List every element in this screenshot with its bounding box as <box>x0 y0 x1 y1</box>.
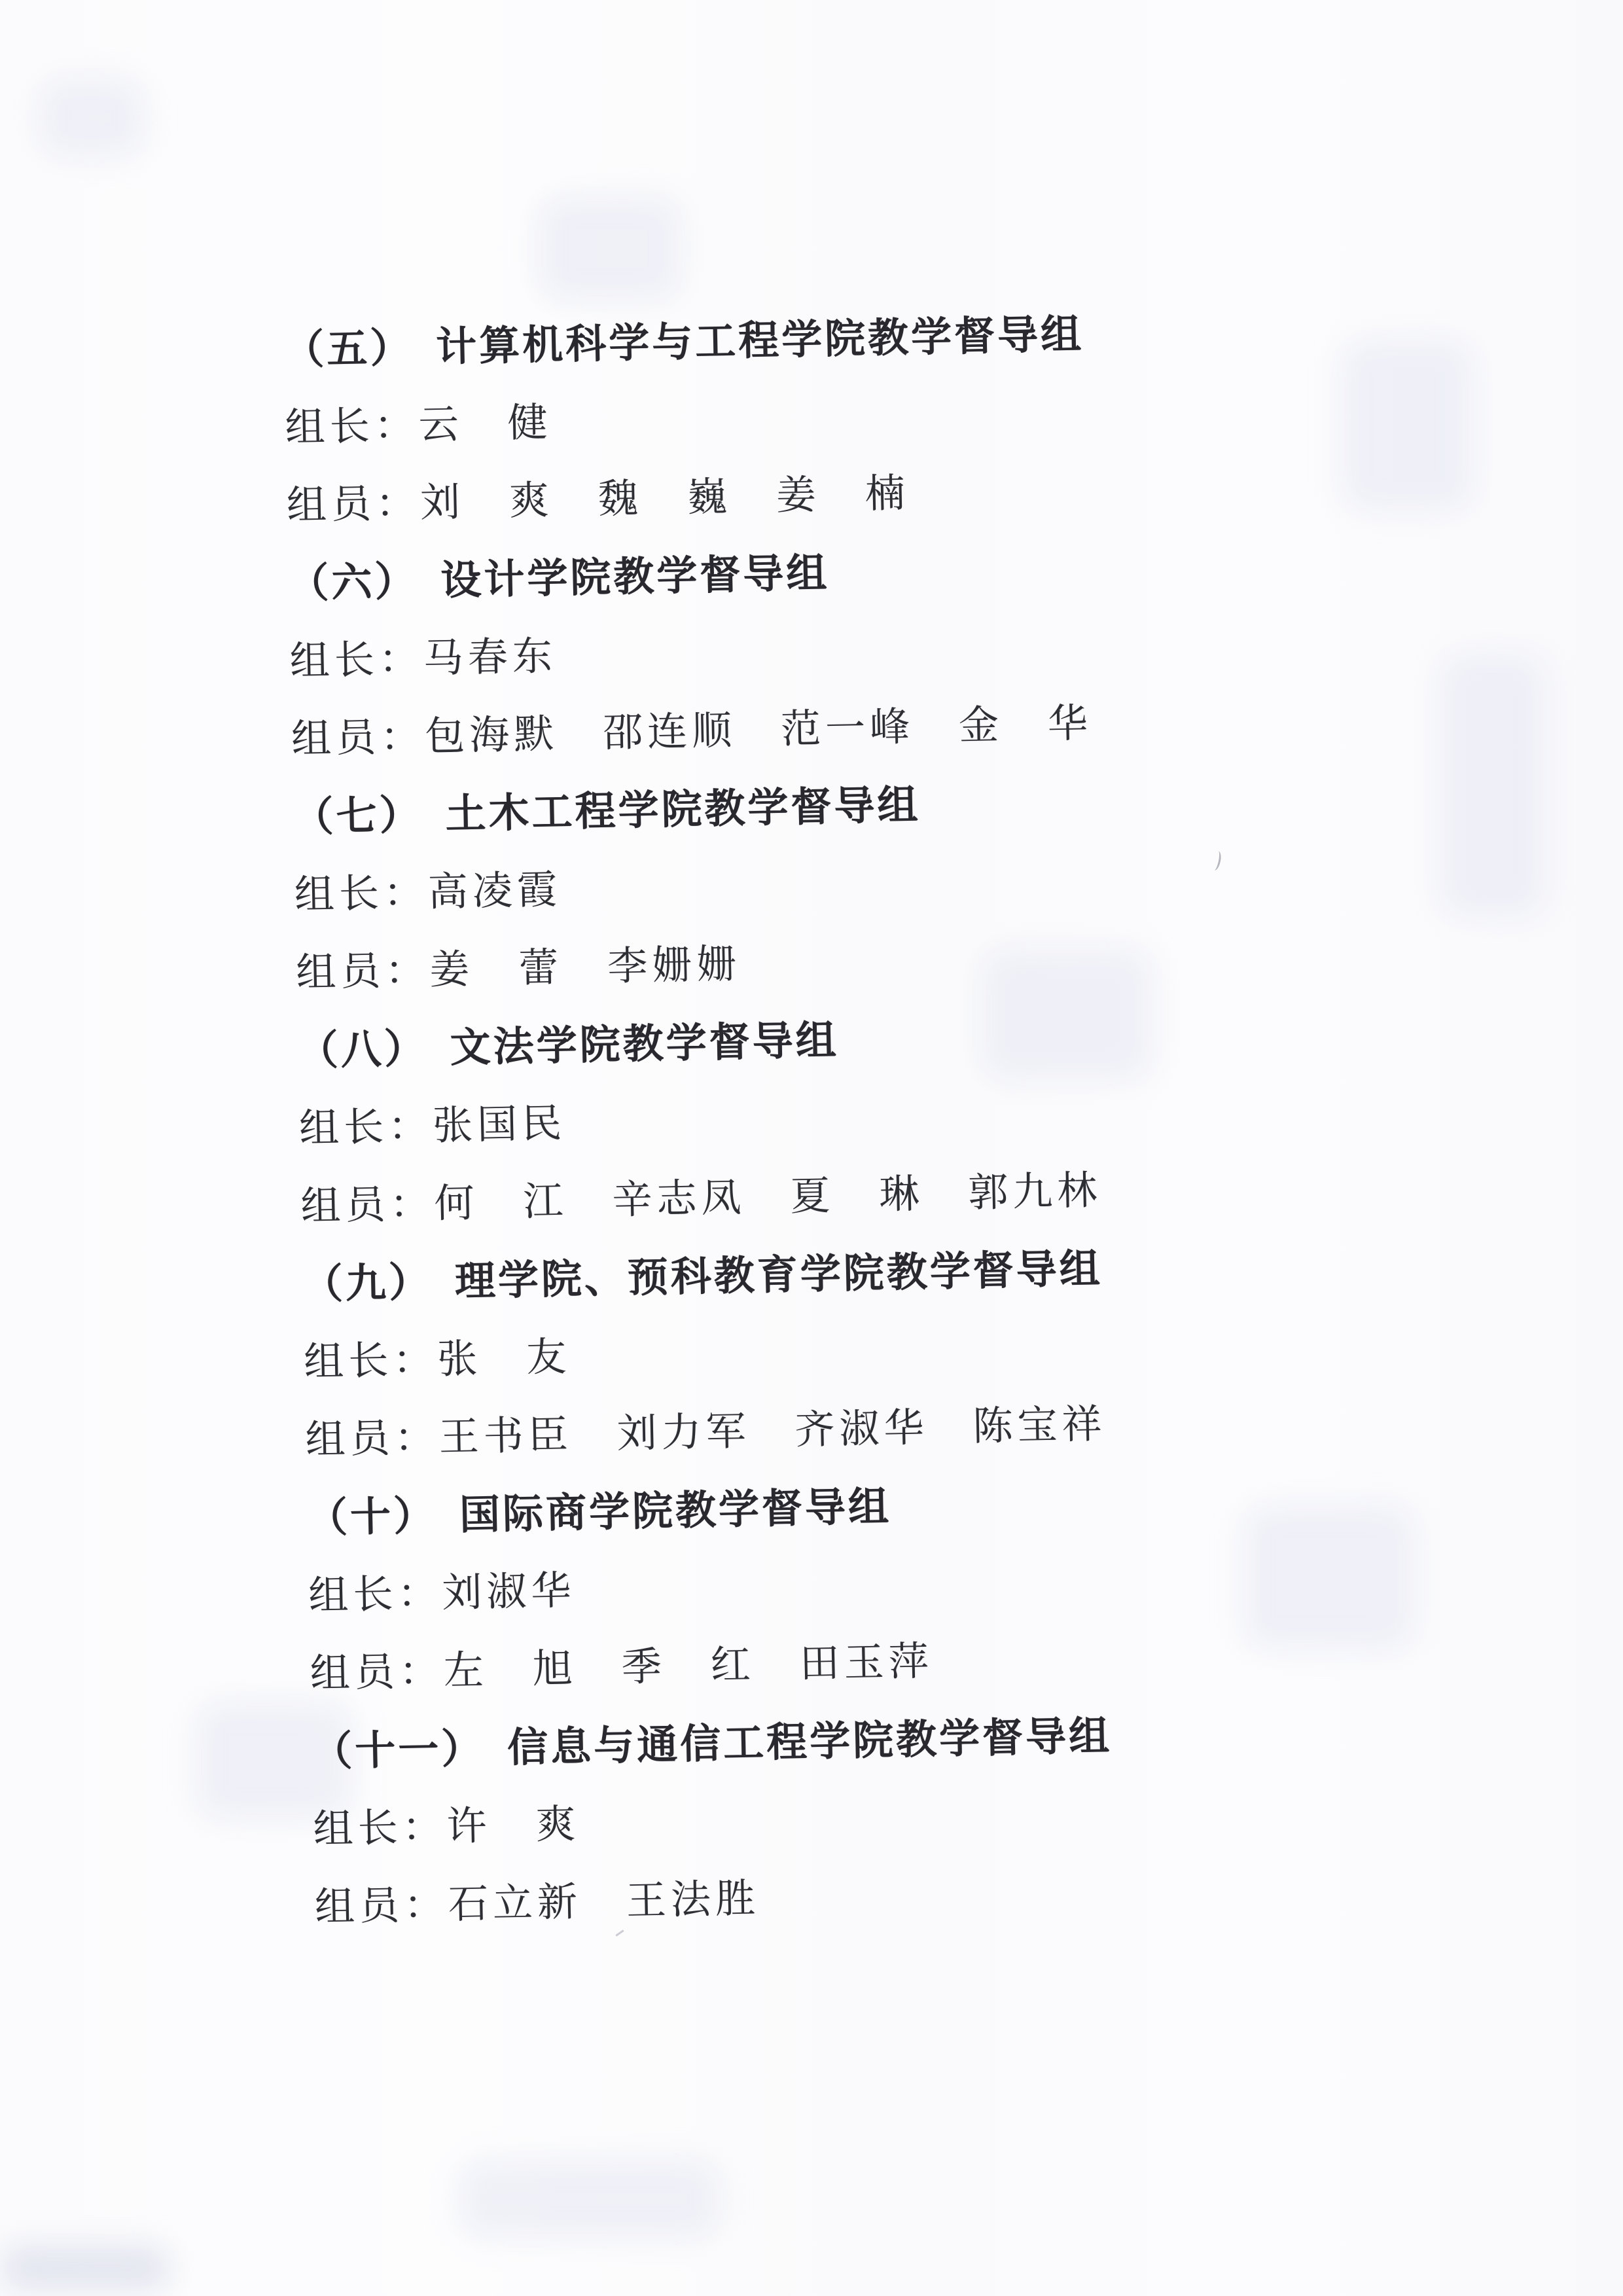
leader-label: 组长： <box>294 861 429 920</box>
members-names: 包海默 邵连顺 范一峰 金 华 <box>424 691 1093 761</box>
leader-label: 组长： <box>298 1094 433 1154</box>
leader-names: 高凌霞 <box>427 858 562 918</box>
scan-artifact <box>0 2245 170 2291</box>
scan-artifact <box>1243 1505 1414 1649</box>
leader-names: 马春东 <box>423 624 558 684</box>
supervision-group-section-10: （十） 国际商学院教学督导组 组长：刘淑华 组员：左 旭 季 红 田玉萍 <box>306 1460 1112 1709</box>
leader-label: 组长： <box>313 1795 448 1854</box>
supervision-group-section-6: （六） 设计学院教学督导组 组长：马春东 组员：包海默 邵连顺 范一峰 金 华 <box>287 525 1093 774</box>
supervision-group-section-8: （八） 文法学院教学督导组 组长：张国民 组员：何 江 辛志凤 夏 琳 郭九林 <box>296 992 1102 1242</box>
members-names: 刘 爽 魏 巍 姜 楠 <box>419 461 910 528</box>
leader-label: 组长： <box>303 1328 438 1388</box>
leader-label: 组长： <box>285 393 419 453</box>
supervision-group-section-7: （七） 土木工程学院教学督导组 组长：高凌霞 组员：姜 蕾 李姗姗 <box>292 759 1097 1008</box>
members-label: 组员： <box>291 705 425 764</box>
leader-names: 云 健 <box>418 391 553 450</box>
members-label: 组员： <box>286 471 421 531</box>
leader-names: 张国民 <box>432 1092 567 1151</box>
members-label: 组员： <box>300 1172 435 1232</box>
leader-names: 张 友 <box>437 1325 571 1384</box>
leader-label: 组长： <box>308 1562 443 1621</box>
members-label: 组员： <box>295 939 430 998</box>
members-names: 王书臣 刘力军 齐淑华 陈宝祥 <box>438 1392 1107 1462</box>
members-label: 组员： <box>310 1639 444 1698</box>
members-line: 组员：石立新 王法胜 <box>314 1849 1116 1943</box>
stray-mark-icon <box>1210 850 1222 871</box>
members-names: 左 旭 季 红 田玉萍 <box>443 1629 934 1696</box>
leader-names: 刘淑华 <box>442 1558 577 1618</box>
members-names: 姜 蕾 李姗姗 <box>429 932 741 996</box>
supervision-group-section-5: （五） 计算机科学与工程学院教学督导组 组长：云 健 组员：刘 爽 魏 巍 姜 … <box>283 291 1088 541</box>
members-names: 石立新 王法胜 <box>448 1867 760 1930</box>
supervision-group-section-11: （十一） 信息与通信工程学院教学督导组 组长：许 爽 组员：石立新 王法胜 <box>311 1693 1116 1943</box>
members-label: 组员： <box>314 1873 449 1932</box>
members-names: 何 江 辛志凤 夏 琳 郭九林 <box>434 1158 1103 1229</box>
document-body: （五） 计算机科学与工程学院教学督导组 组长：云 健 组员：刘 爽 魏 巍 姜 … <box>283 291 1116 1943</box>
leader-names: 许 爽 <box>446 1792 581 1852</box>
leader-label: 组长： <box>289 627 424 687</box>
scanned-document-page: { "page": { "background_color": "#fbfbfd… <box>0 0 1623 2296</box>
members-label: 组员： <box>305 1406 440 1465</box>
scan-artifact <box>1440 655 1544 916</box>
scan-artifact <box>1342 340 1472 511</box>
scan-artifact <box>537 196 681 301</box>
scan-artifact <box>39 79 144 157</box>
supervision-group-section-9: （九） 理学院、预科教育学院教学督导组 组长：张 友 组员：王书臣 刘力军 齐淑… <box>302 1226 1107 1475</box>
scan-artifact <box>458 2160 720 2238</box>
